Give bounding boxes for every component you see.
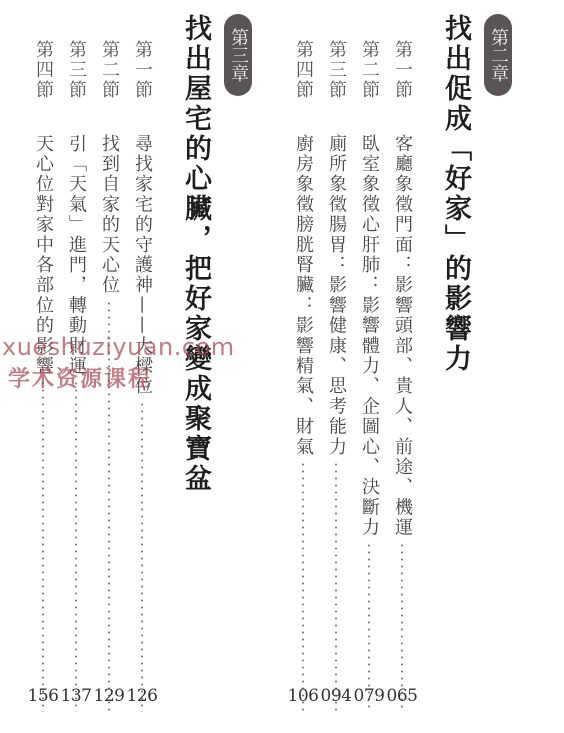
toc-entry[interactable]: 第四節 廚房象徵膀胱腎臟：影響精氣、財氣 <box>291 40 315 720</box>
page-number[interactable]: 156 <box>26 686 60 706</box>
dot-leader <box>302 461 304 712</box>
section-label: 第三節 <box>325 40 347 112</box>
section-title: 客廳象徵門面：影響頭部、貴人、前途、機運 <box>391 134 413 538</box>
toc-entry[interactable]: 第一節 尋找家宅的守護神——大樑位 <box>130 40 154 720</box>
toc-entry[interactable]: 第三節 引「天氣」進門，轉動財運 <box>64 40 88 720</box>
section-label: 第一節 <box>131 40 153 112</box>
page-number[interactable]: 079 <box>352 686 386 706</box>
page-number[interactable]: 094 <box>319 686 353 706</box>
chapter-2-title: 找出促成「好家」的影響力 <box>440 14 470 374</box>
dot-leader <box>42 380 44 712</box>
chapter-3-badge: 第三章 <box>224 14 252 96</box>
toc-entry[interactable]: 第二節 臥室象徵心肝肺：影響體力、企圖心、決斷力 <box>357 40 381 720</box>
section-title: 引「天氣」進門，轉動財運 <box>65 134 87 376</box>
section-label: 第三節 <box>65 40 87 112</box>
dot-leader <box>108 300 110 712</box>
section-title: 廚房象徵膀胱腎臟：影響精氣、財氣 <box>292 134 314 457</box>
dot-leader <box>335 461 337 712</box>
dot-leader <box>75 380 77 712</box>
page-number[interactable]: 126 <box>125 686 159 706</box>
toc-entry[interactable]: 第一節 客廳象徵門面：影響頭部、貴人、前途、機運 <box>390 40 414 720</box>
section-title: 廁所象徵腸胃：影響健康、思考能力 <box>325 134 347 457</box>
chapter-3-badge-label: 第三章 <box>227 28 249 82</box>
section-label: 第二節 <box>98 40 120 112</box>
toc-entry[interactable]: 第四節 天心位對家中各部位的影響 <box>31 40 55 720</box>
section-label: 第二節 <box>358 40 380 112</box>
page-number[interactable]: 129 <box>92 686 126 706</box>
chapter-3-title: 找出屋宅的心臟，把好家變成聚寶盆 <box>180 14 210 494</box>
section-title: 找到自家的天心位 <box>98 134 120 296</box>
toc-entry[interactable]: 第三節 廁所象徵腸胃：影響健康、思考能力 <box>324 40 348 720</box>
section-title: 臥室象徵心肝肺：影響體力、企圖心、決斷力 <box>358 134 380 538</box>
toc-entry[interactable]: 第二節 找到自家的天心位 <box>97 40 121 720</box>
section-label: 第一節 <box>391 40 413 112</box>
chapter-2-badge-label: 第二章 <box>487 28 509 82</box>
page-number[interactable]: 065 <box>385 686 419 706</box>
page-number[interactable]: 137 <box>59 686 93 706</box>
dot-leader <box>141 401 143 712</box>
page-number[interactable]: 106 <box>286 686 320 706</box>
chapter-2-badge: 第二章 <box>484 14 512 96</box>
section-label: 第四節 <box>292 40 314 112</box>
section-title: 尋找家宅的守護神——大樑位 <box>131 134 153 397</box>
section-label: 第四節 <box>32 40 54 112</box>
section-title: 天心位對家中各部位的影響 <box>32 134 54 376</box>
